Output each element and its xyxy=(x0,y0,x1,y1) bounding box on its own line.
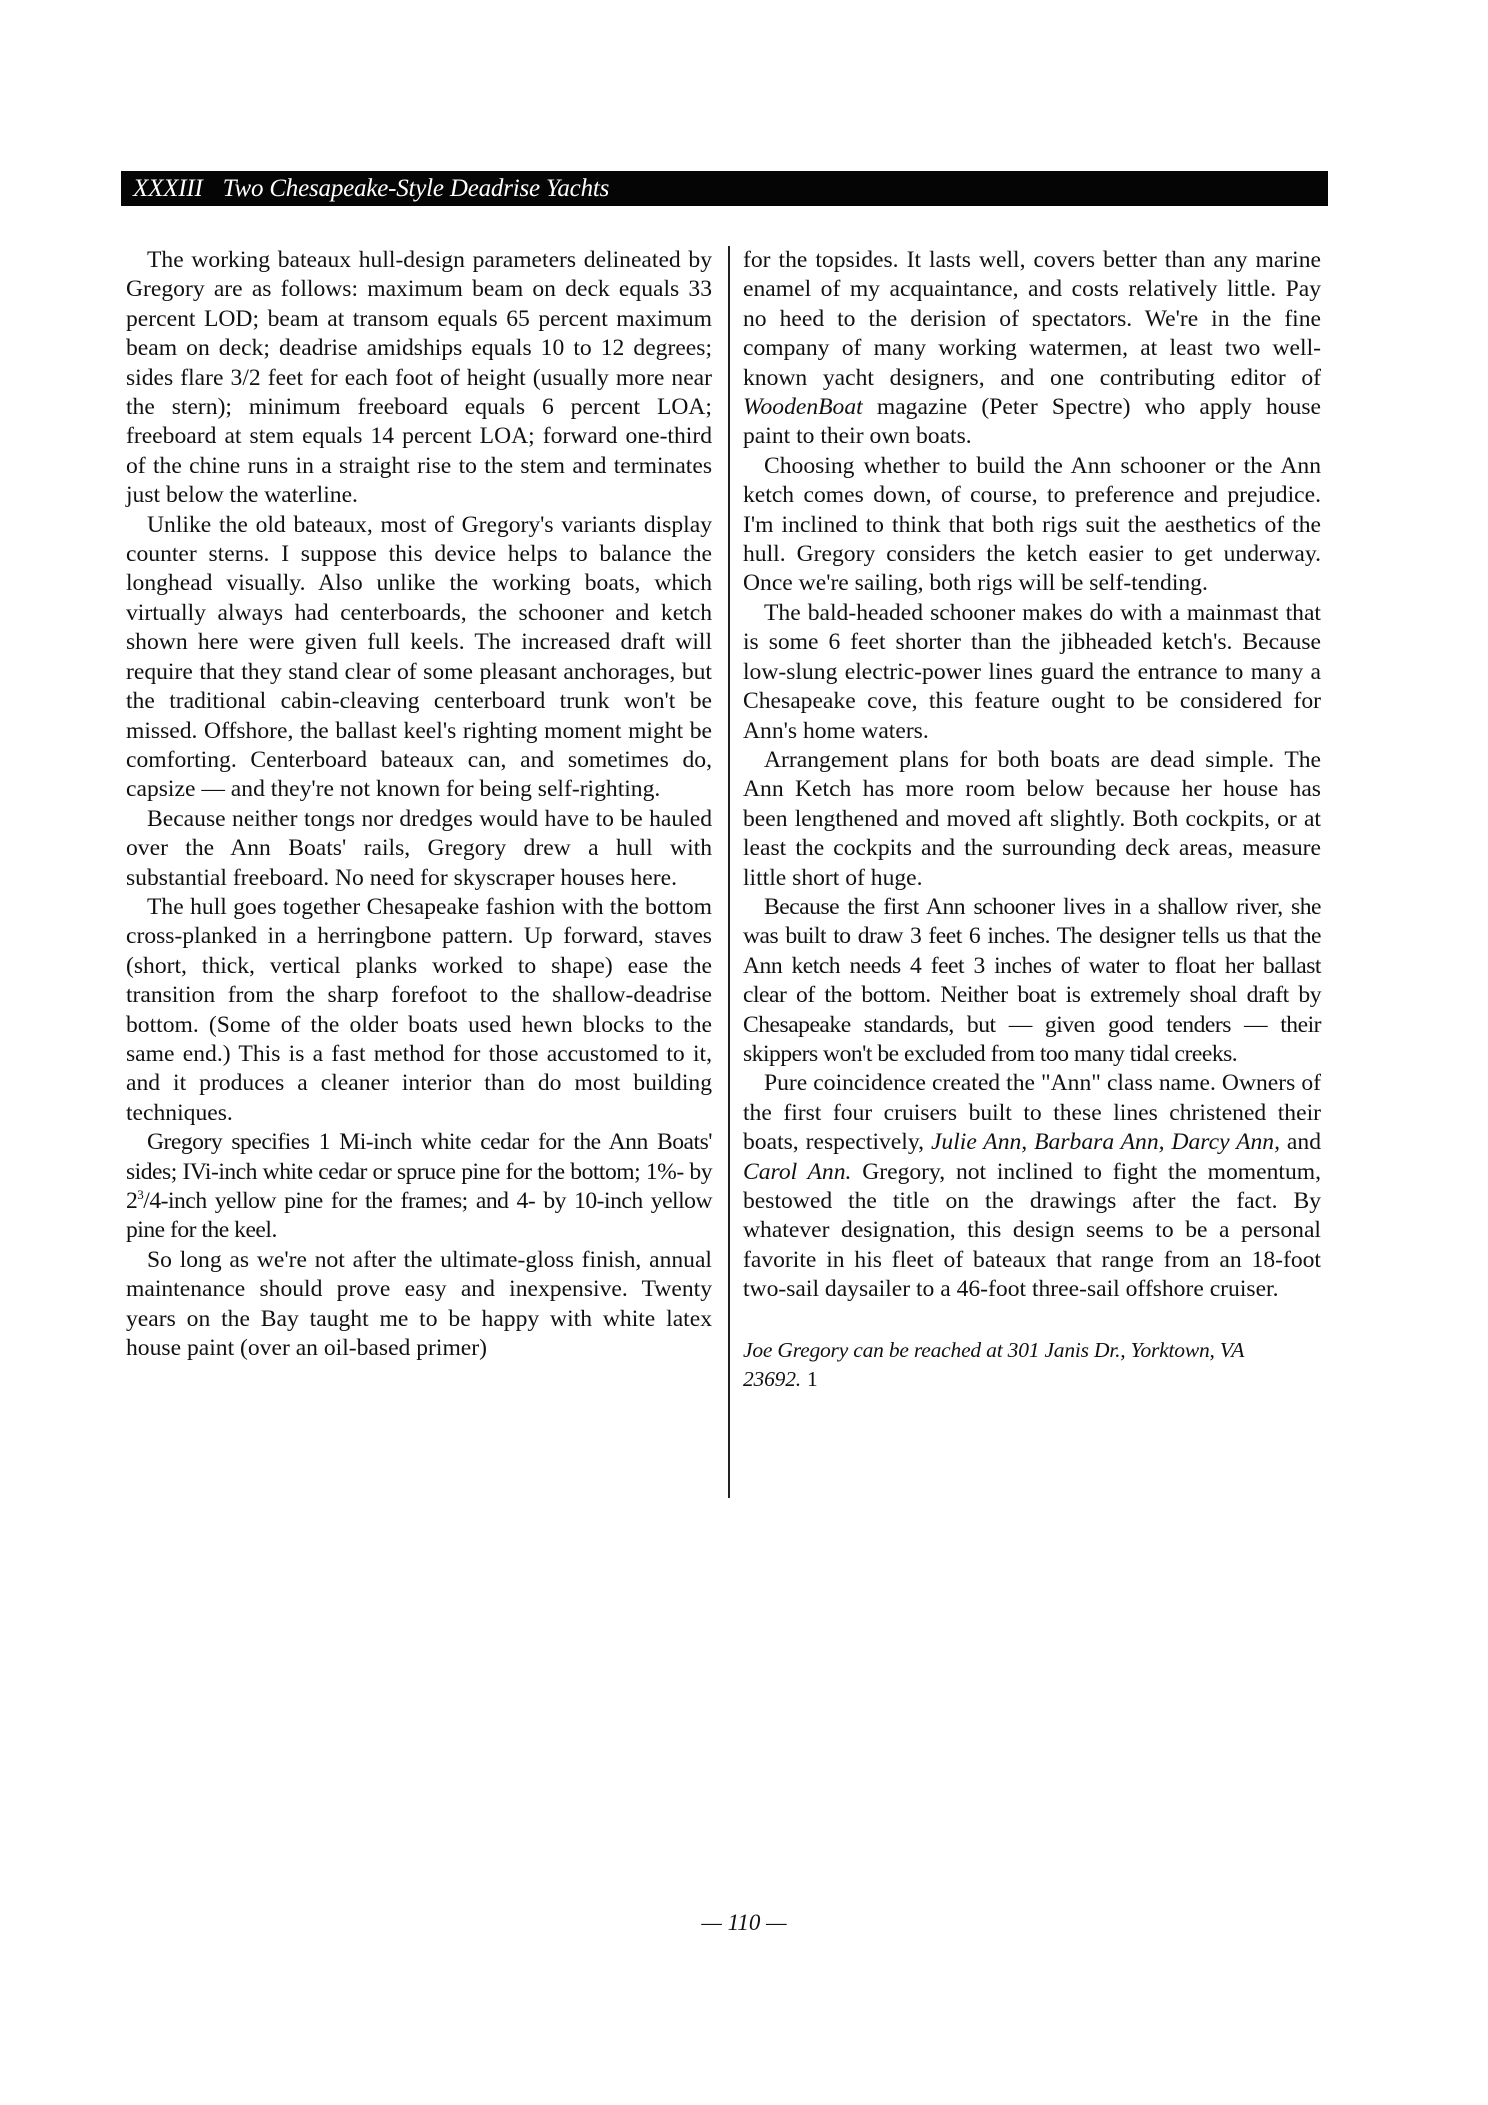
paragraph-maintenance: So long as we're not after the ultimate-… xyxy=(126,1246,712,1364)
chapter-header-bar: XXXIII Two Chesapeake-Style Deadrise Yac… xyxy=(121,171,1328,206)
paragraph-hull-parameters: The working bateaux hull-design paramete… xyxy=(126,246,712,511)
contact-note: Joe Gregory can be reached at 301 Janis … xyxy=(743,1336,1321,1394)
paragraph-schooner-mast: The bald-headed schooner makes do with a… xyxy=(743,599,1321,746)
paragraph-construction: The hull goes together Chesapeake fashio… xyxy=(126,893,712,1128)
paragraph-freeboard: Because neither tongs nor dredges would … xyxy=(126,805,712,893)
paragraph-materials-specs: Gregory specifies 1 Mi-inch white cedar … xyxy=(126,1128,712,1246)
right-column: for the topsides. It lasts well, covers … xyxy=(743,246,1321,1394)
column-divider xyxy=(728,246,730,1498)
paragraph-class-name: Pure coincidence created the "Ann" class… xyxy=(743,1069,1321,1304)
chapter-number: XXXIII xyxy=(133,175,203,202)
left-column: The working bateaux hull-design paramete… xyxy=(126,246,712,1363)
page-number: — 110 — xyxy=(0,1910,1488,1936)
paragraph-rig-choice: Choosing whether to build the Ann schoon… xyxy=(743,452,1321,599)
paragraph-draft: Because the first Ann schooner lives in … xyxy=(743,893,1321,1069)
chapter-title: Two Chesapeake-Style Deadrise Yachts xyxy=(223,175,610,202)
end-mark: 1 xyxy=(807,1367,818,1391)
paragraph-house-paint-continued: for the topsides. It lasts well, covers … xyxy=(743,246,1321,452)
paragraph-counter-sterns: Unlike the old bateaux, most of Gregory'… xyxy=(126,511,712,805)
boat-name-italic: Carol Ann. xyxy=(743,1159,851,1185)
magazine-title: WoodenBoat xyxy=(743,394,863,420)
boat-names-italic: Julie Ann, Barbara Ann, Darcy Ann, xyxy=(931,1129,1280,1155)
paragraph-arrangement: Arrangement plans for both boats are dea… xyxy=(743,746,1321,893)
